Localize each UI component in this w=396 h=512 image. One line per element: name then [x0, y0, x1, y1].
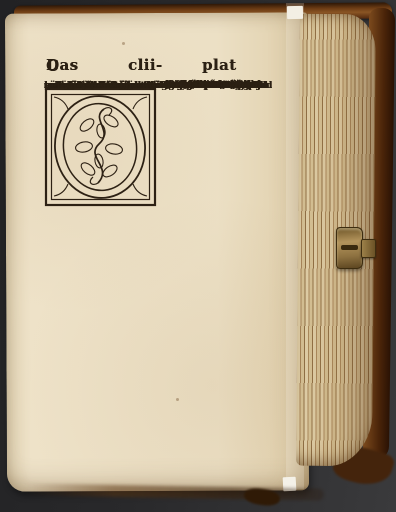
paper-speck [122, 42, 125, 45]
paper-tab-top [287, 6, 303, 19]
woodcut-initial-O: O [44, 87, 157, 207]
leaf-number: clii- [128, 56, 162, 74]
page-heading: CDas clii- plat [44, 56, 278, 77]
heading-word-das: Das [46, 56, 78, 74]
printed-text-block: CDas clii- plat O [44, 56, 278, 77]
brass-clasp-strap [361, 239, 376, 258]
book-photo: CDas clii- plat O [0, 0, 396, 512]
text-line: hen die speiß der vntötlicheÿt·vnd beger… [44, 79, 268, 92]
heading-word-plat: plat [202, 56, 236, 74]
woodcut-initial-drawing [44, 87, 157, 207]
brass-clasp-icon [336, 227, 363, 269]
text-column-beside-initial: Ewige warheÿtt triste ihesu diß sei de d… [165, 77, 278, 78]
paper-speck [176, 398, 179, 401]
